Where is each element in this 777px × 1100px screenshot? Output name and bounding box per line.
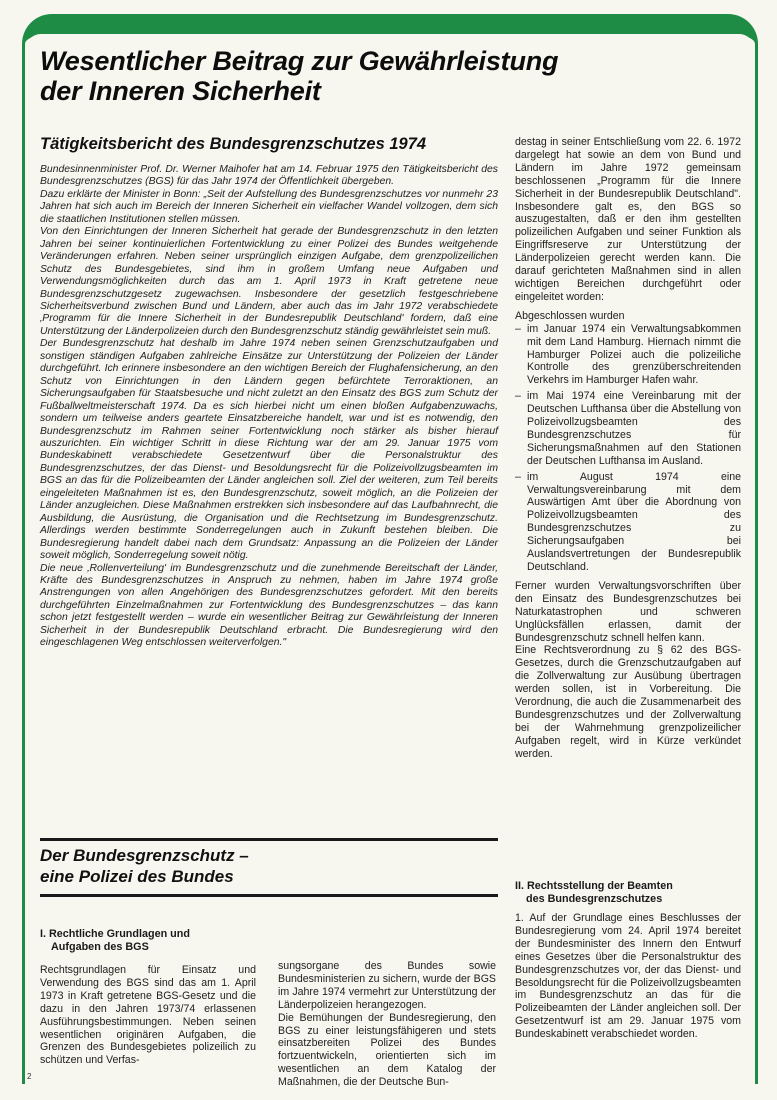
part-2-heading-line-2: des Bundesgrenzschutzes bbox=[515, 893, 741, 906]
section-column-1: I. Rechtliche Grundlagen und Aufgaben de… bbox=[40, 928, 256, 1067]
right-paragraph: Eine Rechtsverordnung zu § 62 des BGS-Ge… bbox=[515, 644, 741, 760]
list-item: – im Mai 1974 eine Vereinbarung mit der … bbox=[515, 390, 741, 467]
list-item-text: im Mai 1974 eine Vereinbarung mit der De… bbox=[527, 390, 741, 467]
part-2-heading-line-1: II. Rechtsstellung der Beamten bbox=[515, 880, 673, 892]
section-rule-bottom bbox=[40, 894, 498, 897]
list-item-text: im Januar 1974 ein Verwaltungsabkommen m… bbox=[527, 323, 741, 387]
intro-paragraph: Von den Einrichtungen der Inneren Sicher… bbox=[40, 226, 498, 338]
page-title-line-1: Wesentlicher Beitrag zur Gewährleistung bbox=[40, 46, 740, 76]
right-column: destag in seiner Entschließung vom 22. 6… bbox=[515, 136, 741, 761]
dash-bullet-icon: – bbox=[515, 390, 521, 403]
report-subtitle: Tätigkeitsbericht des Bundesgrenzschutze… bbox=[40, 134, 500, 154]
agreements-list: – im Januar 1974 ein Verwaltungsabkommen… bbox=[515, 323, 741, 574]
page-number: 2 bbox=[27, 1072, 31, 1081]
part-1-paragraph: sungsorgane des Bundes sowie Bundesminis… bbox=[278, 960, 496, 1012]
right-paragraph: destag in seiner Entschließung vom 22. 6… bbox=[515, 136, 741, 304]
list-item-text: im August 1974 eine Verwaltungsvereinbar… bbox=[527, 471, 741, 573]
section-title-line-1: Der Bundesgrenzschutz – bbox=[40, 845, 500, 866]
report-intro-text: Bundesinnenminister Prof. Dr. Werner Mai… bbox=[40, 164, 498, 650]
section-rule-top bbox=[40, 838, 498, 841]
section-title-line-2: eine Polizei des Bundes bbox=[40, 866, 500, 887]
part-1-heading-line-2: Aufgaben des BGS bbox=[40, 941, 256, 954]
part-1-paragraph: Die Bemühungen der Bundesregierung, den … bbox=[278, 1012, 496, 1089]
part-2-paragraph: 1. Auf der Grundlage eines Beschlusses d… bbox=[515, 912, 741, 1041]
intro-paragraph: Dazu erklärte der Minister in Bonn: „Sei… bbox=[40, 189, 498, 226]
part-2-heading: II. Rechtsstellung der Beamten des Bunde… bbox=[515, 880, 741, 906]
intro-paragraph: Bundesinnenminister Prof. Dr. Werner Mai… bbox=[40, 164, 498, 189]
part-1-paragraph: Rechtsgrundlagen für Einsatz und Verwend… bbox=[40, 964, 256, 1067]
part-1-heading: I. Rechtliche Grundlagen und Aufgaben de… bbox=[40, 928, 256, 954]
list-item: – im August 1974 eine Verwaltungsvereinb… bbox=[515, 471, 741, 574]
list-item: – im Januar 1974 ein Verwaltungsabkommen… bbox=[515, 323, 741, 388]
page-title-line-2: der Inneren Sicherheit bbox=[40, 76, 740, 106]
intro-paragraph: Die neue ‚Rollenverteilung' im Bundesgre… bbox=[40, 563, 498, 650]
list-intro: Abgeschlossen wurden bbox=[515, 310, 741, 323]
section-title: Der Bundesgrenzschutz – eine Polizei des… bbox=[40, 845, 500, 887]
section-column-3: II. Rechtsstellung der Beamten des Bunde… bbox=[515, 880, 741, 1041]
intro-paragraph: Der Bundesgrenzschutz hat deshalb im Jah… bbox=[40, 338, 498, 562]
page-title: Wesentlicher Beitrag zur Gewährleistung … bbox=[40, 46, 740, 106]
section-column-2: sungsorgane des Bundes sowie Bundesminis… bbox=[278, 960, 496, 1089]
right-paragraph: Ferner wurden Verwaltungsvorschriften üb… bbox=[515, 580, 741, 645]
dash-bullet-icon: – bbox=[515, 471, 521, 484]
part-1-heading-line-1: I. Rechtliche Grundlagen und bbox=[40, 928, 190, 940]
dash-bullet-icon: – bbox=[515, 323, 521, 336]
